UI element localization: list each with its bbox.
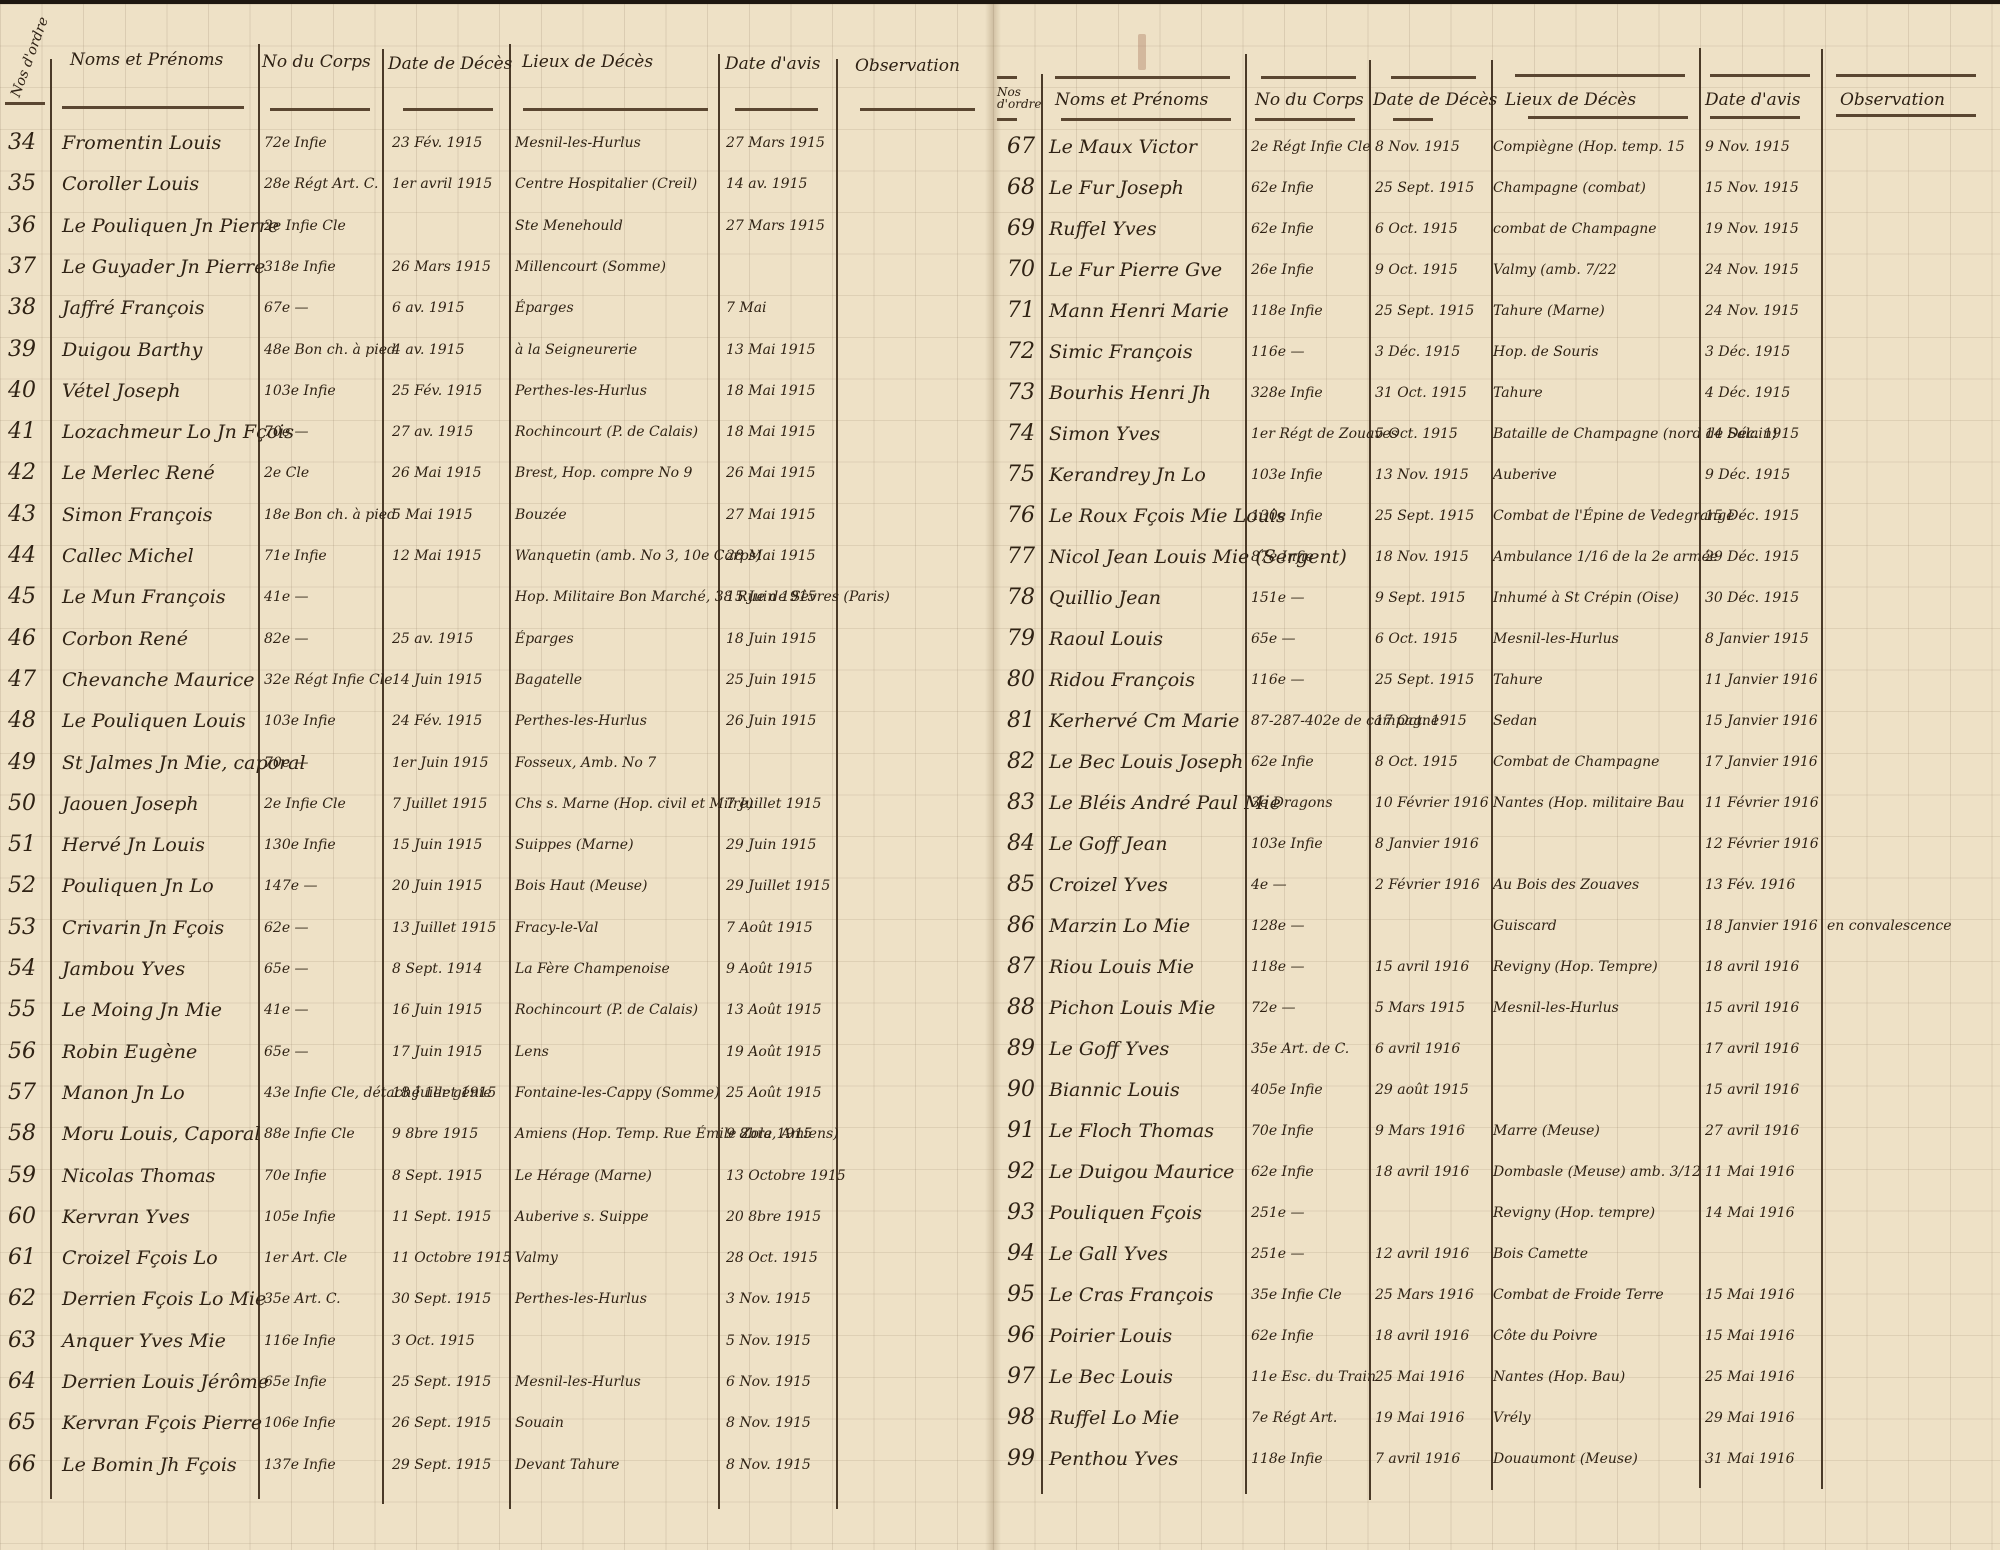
ledger-row: 67 Le Maux Victor 2e Régt Infie Cle 8 No… [993,136,2000,176]
ledger-row: 52 Pouliquen Jn Lo 147e — 20 Juin 1915 B… [0,875,993,915]
notice-date: 28 Oct. 1915 [726,1247,836,1269]
ledger-row: 43 Simon François 18e Bon ch. à pied 5 M… [0,504,993,544]
order-number: 66 [8,1454,36,1476]
date-of-death: 30 Sept. 1915 [392,1288,507,1310]
soldier-name: Le Duigou Maurice [1049,1161,1244,1183]
corps-number: 103e Infie [264,380,382,402]
place-of-death: Inhumé à St Crépin (Oise) [1493,587,1698,609]
place-of-death: Centre Hospitalier (Creil) [515,173,715,195]
date-of-death: 20 Juin 1915 [392,875,507,897]
notice-date: 19 Nov. 1915 [1705,218,1820,240]
place-of-death: Tahure (Marne) [1493,300,1698,322]
place-of-death: Mesnil-les-Hurlus [1493,997,1698,1019]
ledger-row: 65 Kervran Fçois Pierre 106e Infie 26 Se… [0,1412,993,1452]
notice-date: 6 Nov. 1915 [726,1371,836,1393]
order-number: 86 [1007,915,1035,937]
header-rule [270,108,370,111]
place-of-death: Nantes (Hop. militaire Bau [1493,792,1698,814]
soldier-name: Raoul Louis [1049,628,1244,650]
date-of-death: 25 av. 1915 [392,628,507,650]
notice-date: 17 Janvier 1916 [1705,751,1820,773]
date-of-death: 5 Oct. 1915 [1375,423,1490,445]
order-number: 39 [8,339,36,361]
notice-date: 12 Février 1916 [1705,833,1820,855]
notice-date: 27 Mai 1915 [726,504,836,526]
ledger-row: 56 Robin Eugène 65e — 17 Juin 1915 Lens … [0,1041,993,1081]
notice-date: 25 Mai 1916 [1705,1366,1820,1388]
corps-number: 147e — [264,875,382,897]
order-number: 84 [1007,833,1035,855]
ledger-row: 37 Le Guyader Jn Pierre 318e Infie 26 Ma… [0,256,993,296]
order-number: 97 [1007,1366,1035,1388]
header-rule [1055,76,1230,79]
ledger-row: 58 Moru Louis, Caporal 88e Infie Cle 9 8… [0,1123,993,1163]
corps-number: 35e Art. C. [264,1288,382,1310]
order-number: 44 [8,545,36,567]
corps-number: 151e — [1251,587,1369,609]
soldier-name: Penthou Yves [1049,1448,1244,1470]
place-of-death: Guiscard [1493,915,1698,937]
order-number: 91 [1007,1120,1035,1142]
place-of-death: Bataille de Champagne (nord de Salain) [1493,423,1698,445]
order-number: 64 [8,1371,36,1393]
order-number: 70 [1007,259,1035,281]
notice-date: 4 Déc. 1915 [1705,382,1820,404]
header-corps: No du Corps [262,52,371,72]
corps-number: 116e — [1251,341,1369,363]
place-of-death: Douaumont (Meuse) [1493,1448,1698,1470]
ledger-row: 54 Jambou Yves 65e — 8 Sept. 1914 La Fèr… [0,958,993,998]
place-of-death: Lens [515,1041,715,1063]
place-of-death: Suippes (Marne) [515,834,715,856]
order-number: 36 [8,215,36,237]
place-of-death: Bois Haut (Meuse) [515,875,715,897]
order-number: 41 [8,421,36,443]
notice-date: 17 avril 1916 [1705,1038,1820,1060]
notice-date: 15 Janvier 1916 [1705,710,1820,732]
corps-number: 67e — [264,297,382,319]
corps-number: 118e — [1251,956,1369,978]
date-of-death: 12 Mai 1915 [392,545,507,567]
ledger-row: 87 Riou Louis Mie 118e — 15 avril 1916 R… [993,956,2000,996]
ledger-row: 82 Le Bec Louis Joseph 62e Infie 8 Oct. … [993,751,2000,791]
date-of-death: 18 avril 1916 [1375,1161,1490,1183]
corps-number: 130e Infie [1251,505,1369,527]
notice-date: 30 Déc. 1915 [1705,587,1820,609]
place-of-death: Marre (Meuse) [1493,1120,1698,1142]
order-number: 67 [1007,136,1035,158]
corps-number: 71e Infie [264,545,382,567]
corps-number: 70e — [264,752,382,774]
place-of-death: Hop. Militaire Bon Marché, 38 Rue de Sèv… [515,586,715,608]
notice-date: 9 Nov. 1915 [1705,136,1820,158]
corps-number: 1er Art. Cle [264,1247,382,1269]
place-of-death: Fracy-le-Val [515,917,715,939]
notice-date: 25 Juin 1915 [726,669,836,691]
notice-date: 19 Août 1915 [726,1041,836,1063]
notice-date: 18 Janvier 1916 [1705,915,1820,937]
soldier-name: Le Maux Victor [1049,136,1244,158]
notice-date: 3 Déc. 1915 [1705,341,1820,363]
date-of-death: 18 Juillet 1915 [392,1082,507,1104]
date-of-death: 25 Sept. 1915 [1375,505,1490,527]
ledger-row: 42 Le Merlec René 2e Cle 26 Mai 1915 Bre… [0,462,993,502]
place-of-death: Tahure [1493,669,1698,691]
soldier-name: Pouliquen Jn Lo [62,875,257,897]
corps-number: 116e — [1251,669,1369,691]
date-of-death: 31 Oct. 1915 [1375,382,1490,404]
ledger-row: 47 Chevanche Maurice 32e Régt Infie Cle … [0,669,993,709]
header-rule [5,102,45,105]
ledger-row: 99 Penthou Yves 118e Infie 7 avril 1916 … [993,1448,2000,1488]
date-of-death: 8 Oct. 1915 [1375,751,1490,773]
ledger-row: 49 St Jalmes Jn Mie, caporal 70e — 1er J… [0,752,993,792]
order-number: 42 [8,462,36,484]
ledger-spread: Nos d'ordre Noms et Prénoms No du Corps … [0,0,2000,1550]
ledger-row: 91 Le Floch Thomas 70e Infie 9 Mars 1916… [993,1120,2000,1160]
date-of-death: 7 avril 1916 [1375,1448,1490,1470]
date-of-death: 14 Juin 1915 [392,669,507,691]
place-of-death: combat de Champagne [1493,218,1698,240]
header-name: Noms et Prénoms [70,50,223,70]
order-number: 40 [8,380,36,402]
notice-date: 24 Nov. 1915 [1705,300,1820,322]
date-of-death: 17 Oct. 1915 [1375,710,1490,732]
header-notice-date: Date d'avis [1705,90,1801,110]
place-of-death: Bois Camette [1493,1243,1698,1265]
place-of-death: Perthes-les-Hurlus [515,1288,715,1310]
soldier-name: Le Pouliquen Louis [62,710,257,732]
place-of-death: Ste Menehould [515,215,715,237]
header-rule [1391,76,1476,79]
corps-number: 318e Infie [264,256,382,278]
date-of-death: 25 Sept. 1915 [1375,300,1490,322]
soldier-name: Poirier Louis [1049,1325,1244,1347]
soldier-name: Le Bomin Jh Fçois [62,1454,257,1476]
corps-number: 62e Infie [1251,177,1369,199]
soldier-name: Le Roux Fçois Mie Louis [1049,505,1244,527]
soldier-name: Le Moing Jn Mie [62,999,257,1021]
ledger-row: 51 Hervé Jn Louis 130e Infie 15 Juin 191… [0,834,993,874]
corps-number: 65e — [264,1041,382,1063]
order-number: 76 [1007,505,1035,527]
ledger-row: 83 Le Bléis André Paul Mie 3e Dragons 10… [993,792,2000,832]
soldier-name: Mann Henri Marie [1049,300,1244,322]
corps-number: 87-287-402e de campagne [1251,710,1369,732]
ledger-row: 92 Le Duigou Maurice 62e Infie 18 avril … [993,1161,2000,1201]
corps-number: 62e Infie [1251,751,1369,773]
ledger-row: 95 Le Cras François 35e Infie Cle 25 Mar… [993,1284,2000,1324]
soldier-name: Le Bléis André Paul Mie [1049,792,1244,814]
header-rule [62,106,244,109]
ledger-row: 57 Manon Jn Lo 43e Infie Cle, détaché 1e… [0,1082,993,1122]
ledger-row: 80 Ridou François 116e — 25 Sept. 1915 T… [993,669,2000,709]
notice-date: 13 Mai 1915 [726,339,836,361]
notice-date: 18 Mai 1915 [726,380,836,402]
order-number: 90 [1007,1079,1035,1101]
corps-number: 4e — [1251,874,1369,896]
place-of-death: Amiens (Hop. Temp. Rue Émile Zola, Amien… [515,1123,715,1145]
order-number: 58 [8,1123,36,1145]
header-rule [735,108,818,111]
order-number: 61 [8,1247,36,1269]
header-order-number: Nos d'ordre [8,15,52,100]
place-of-death: Perthes-les-Hurlus [515,380,715,402]
notice-date: 18 avril 1916 [1705,956,1820,978]
soldier-name: Le Floch Thomas [1049,1120,1244,1142]
ledger-row: 50 Jaouen Joseph 2e Infie Cle 7 Juillet … [0,793,993,833]
order-number: 94 [1007,1243,1035,1265]
ledger-row: 61 Croizel Fçois Lo 1er Art. Cle 11 Octo… [0,1247,993,1287]
soldier-name: Nicol Jean Louis Mie (Sergent) [1049,546,1244,568]
ledger-row: 34 Fromentin Louis 72e Infie 23 Fév. 191… [0,132,993,172]
notice-date: 9 8bre 1915 [726,1123,836,1145]
order-number: 43 [8,504,36,526]
notice-date: 8 Janvier 1915 [1705,628,1820,650]
notice-date: 18 Juin 1915 [726,628,836,650]
date-of-death: 18 Nov. 1915 [1375,546,1490,568]
date-of-death: 12 avril 1916 [1375,1243,1490,1265]
soldier-name: Chevanche Maurice [62,669,257,691]
ledger-row: 84 Le Goff Jean 103e Infie 8 Janvier 191… [993,833,2000,873]
place-of-death: Rochincourt (P. de Calais) [515,421,715,443]
corps-number: 28e Régt Art. C. [264,173,382,195]
order-number: 34 [8,132,36,154]
notice-date: 20 8bre 1915 [726,1206,836,1228]
date-of-death: 7 Juillet 1915 [392,793,507,815]
ledger-row: 73 Bourhis Henri Jh 328e Infie 31 Oct. 1… [993,382,2000,422]
place-of-death: Bouzée [515,504,715,526]
soldier-name: Le Bec Louis [1049,1366,1244,1388]
soldier-name: Kervran Yves [62,1206,257,1228]
soldier-name: Simic François [1049,341,1244,363]
soldier-name: St Jalmes Jn Mie, caporal [62,752,257,774]
order-number: 82 [1007,751,1035,773]
ledger-row: 76 Le Roux Fçois Mie Louis 130e Infie 25… [993,505,2000,545]
soldier-name: Pichon Louis Mie [1049,997,1244,1019]
order-number: 87 [1007,956,1035,978]
corps-number: 65e — [1251,628,1369,650]
place-of-death: Valmy [515,1247,715,1269]
corps-number: 41e — [264,999,382,1021]
corps-number: 35e Art. de C. [1251,1038,1369,1060]
ledger-row: 89 Le Goff Yves 35e Art. de C. 6 avril 1… [993,1038,2000,1078]
notice-date: 8 Nov. 1915 [726,1412,836,1434]
corps-number: 130e Infie [264,834,382,856]
header-rule [1061,118,1231,121]
place-of-death: Auberive s. Suippe [515,1206,715,1228]
date-of-death: 5 Mars 1915 [1375,997,1490,1019]
notice-date: 26 Mai 1915 [726,462,836,484]
header-rule [1836,74,1976,77]
soldier-name: Derrien Fçois Lo Mie [62,1288,257,1310]
ledger-row: 48 Le Pouliquen Louis 103e Infie 24 Fév.… [0,710,993,750]
notice-date: 3 Nov. 1915 [726,1288,836,1310]
notice-date: 27 Mars 1915 [726,215,836,237]
header-rule [1255,118,1355,121]
notice-date: 24 Nov. 1915 [1705,259,1820,281]
date-of-death: 25 Fév. 1915 [392,380,507,402]
place-of-death: Combat de Champagne [1493,751,1698,773]
ledger-row: 40 Vétel Joseph 103e Infie 25 Fév. 1915 … [0,380,993,420]
corps-number: 251e — [1251,1202,1369,1224]
date-of-death: 27 av. 1915 [392,421,507,443]
place-of-death: Rochincourt (P. de Calais) [515,999,715,1021]
date-of-death: 25 Mars 1916 [1375,1284,1490,1306]
soldier-name: Pouliquen Fçois [1049,1202,1244,1224]
corps-number: 48e Bon ch. à pied [264,339,382,361]
order-number: 77 [1007,546,1035,568]
notice-date: 26 Juin 1915 [726,710,836,732]
date-of-death: 11 Sept. 1915 [392,1206,507,1228]
soldier-name: Biannic Louis [1049,1079,1244,1101]
date-of-death: 8 Sept. 1915 [392,1165,507,1187]
date-of-death: 6 av. 1915 [392,297,507,319]
date-of-death: 3 Oct. 1915 [392,1330,507,1352]
corps-number: 106e Infie [264,1412,382,1434]
corps-number: 70e — [264,421,382,443]
order-number: 51 [8,834,36,856]
header-notice-date: Date d'avis [725,54,821,74]
corps-number: 3e Dragons [1251,792,1369,814]
order-number: 57 [8,1082,36,1104]
ledger-row: 35 Coroller Louis 28e Régt Art. C. 1er a… [0,173,993,213]
corps-number: 88e Infie Cle [264,1123,382,1145]
date-of-death: 9 8bre 1915 [392,1123,507,1145]
corps-number: 2e Cle [264,462,382,484]
ledger-row: 98 Ruffel Lo Mie 7e Régt Art. 19 Mai 191… [993,1407,2000,1447]
corps-number: 7e Régt Art. [1251,1407,1369,1429]
notice-date: 15 Mai 1916 [1705,1325,1820,1347]
order-number: 92 [1007,1161,1035,1183]
header-rule [1528,116,1688,119]
ledger-row: 63 Anquer Yves Mie 116e Infie 3 Oct. 191… [0,1330,993,1370]
ledger-row: 75 Kerandrey Jn Lo 103e Infie 13 Nov. 19… [993,464,2000,504]
soldier-name: Le Fur Joseph [1049,177,1244,199]
order-number: 55 [8,999,36,1021]
soldier-name: Croizel Yves [1049,874,1244,896]
order-number: 68 [1007,177,1035,199]
corps-number: 105e Infie [264,1206,382,1228]
soldier-name: Robin Eugène [62,1041,257,1063]
ledger-row: 81 Kerhervé Cm Marie 87-287-402e de camp… [993,710,2000,750]
header-rule [523,108,708,111]
soldier-name: Ridou François [1049,669,1244,691]
ledger-row: 62 Derrien Fçois Lo Mie 35e Art. C. 30 S… [0,1288,993,1328]
ledger-row: 79 Raoul Louis 65e — 6 Oct. 1915 Mesnil-… [993,628,2000,668]
place-of-death: Combat de l'Épine de Vedegrange [1493,505,1698,527]
place-of-death: Millencourt (Somme) [515,256,715,278]
notice-date: 15 avril 1916 [1705,997,1820,1019]
right-page: Nos d'ordre Noms et Prénoms No du Corps … [993,4,2000,1550]
place-of-death: Au Bois des Zouaves [1493,874,1698,896]
order-number: 75 [1007,464,1035,486]
corps-number: 62e — [264,917,382,939]
ledger-row: 88 Pichon Louis Mie 72e — 5 Mars 1915 Me… [993,997,2000,1037]
order-number: 98 [1007,1407,1035,1429]
ledger-row: 64 Derrien Louis Jérôme 65e Infie 25 Sep… [0,1371,993,1411]
order-number: 50 [8,793,36,815]
notice-date: 15 Juin 1915 [726,586,836,608]
date-of-death: 2 Février 1916 [1375,874,1490,896]
corps-number: 2e Infie Cle [264,793,382,815]
notice-date: 14 av. 1915 [726,173,836,195]
date-of-death: 9 Oct. 1915 [1375,259,1490,281]
soldier-name: Kervran Fçois Pierre [62,1412,257,1434]
soldier-name: Le Pouliquen Jn Pierre [62,215,257,237]
notice-date: 31 Mai 1916 [1705,1448,1820,1470]
notice-date: 29 Déc. 1915 [1705,546,1820,568]
place-of-death: Mesnil-les-Hurlus [515,1371,715,1393]
header-order-number: Nos d'ordre [997,86,1037,110]
corps-number: 72e — [1251,997,1369,1019]
date-of-death: 13 Nov. 1915 [1375,464,1490,486]
soldier-name: Callec Michel [62,545,257,567]
soldier-name: Le Bec Louis Joseph [1049,751,1244,773]
order-number: 45 [8,586,36,608]
date-of-death: 11 Octobre 1915 [392,1247,507,1269]
ledger-row: 77 Nicol Jean Louis Mie (Sergent) 87e In… [993,546,2000,586]
date-of-death: 24 Fév. 1915 [392,710,507,732]
soldier-name: Jambou Yves [62,958,257,980]
place-of-death: Revigny (Hop. tempre) [1493,1202,1698,1224]
soldier-name: Le Goff Yves [1049,1038,1244,1060]
corps-number: 1er Régt de Zouaves [1251,423,1369,445]
date-of-death: 17 Juin 1915 [392,1041,507,1063]
ledger-row: 93 Pouliquen Fçois 251e — Revigny (Hop. … [993,1202,2000,1242]
soldier-name: Marzin Lo Mie [1049,915,1244,937]
header-rule [1261,76,1356,79]
ledger-row: 96 Poirier Louis 62e Infie 18 avril 1916… [993,1325,2000,1365]
header-rule [1836,114,1976,117]
corps-number: 2e Régt Infie Cle [1251,136,1369,158]
header-date-of-death: Date de Décès [1373,90,1497,110]
header-date-of-death: Date de Décès [388,54,512,74]
notice-date: 13 Août 1915 [726,999,836,1021]
corps-number: 128e — [1251,915,1369,937]
notice-date: 13 Fév. 1916 [1705,874,1820,896]
corps-number: 103e Infie [1251,464,1369,486]
notice-date: 7 Mai [726,297,836,319]
date-of-death: 6 avril 1916 [1375,1038,1490,1060]
soldier-name: Simon François [62,504,257,526]
order-number: 78 [1007,587,1035,609]
order-number: 85 [1007,874,1035,896]
notice-date: 11 Mai 1916 [1705,1161,1820,1183]
soldier-name: Le Gall Yves [1049,1243,1244,1265]
soldier-name: Corbon René [62,628,257,650]
notice-date: 15 avril 1916 [1705,1079,1820,1101]
ledger-row: 66 Le Bomin Jh Fçois 137e Infie 29 Sept.… [0,1454,993,1494]
notice-date: 7 Août 1915 [726,917,836,939]
ledger-row: 46 Corbon René 82e — 25 av. 1915 Éparges… [0,628,993,668]
place-of-death: Valmy (amb. 7/22 [1493,259,1698,281]
ledger-row: 97 Le Bec Louis 11e Esc. du Train 25 Mai… [993,1366,2000,1406]
order-number: 73 [1007,382,1035,404]
corps-number: 65e Infie [264,1371,382,1393]
place-of-death: Éparges [515,628,715,650]
notice-date: 11 Janvier 1916 [1705,669,1820,691]
place-of-death: Tahure [1493,382,1698,404]
place-of-death: Combat de Froide Terre [1493,1284,1698,1306]
left-page: Nos d'ordre Noms et Prénoms No du Corps … [0,4,993,1550]
order-number: 72 [1007,341,1035,363]
soldier-name: Le Cras François [1049,1284,1244,1306]
place-of-death: Hop. de Souris [1493,341,1698,363]
corps-number: 62e Infie [1251,1325,1369,1347]
order-number: 95 [1007,1284,1035,1306]
ledger-row: 45 Le Mun François 41e — Hop. Militaire … [0,586,993,626]
